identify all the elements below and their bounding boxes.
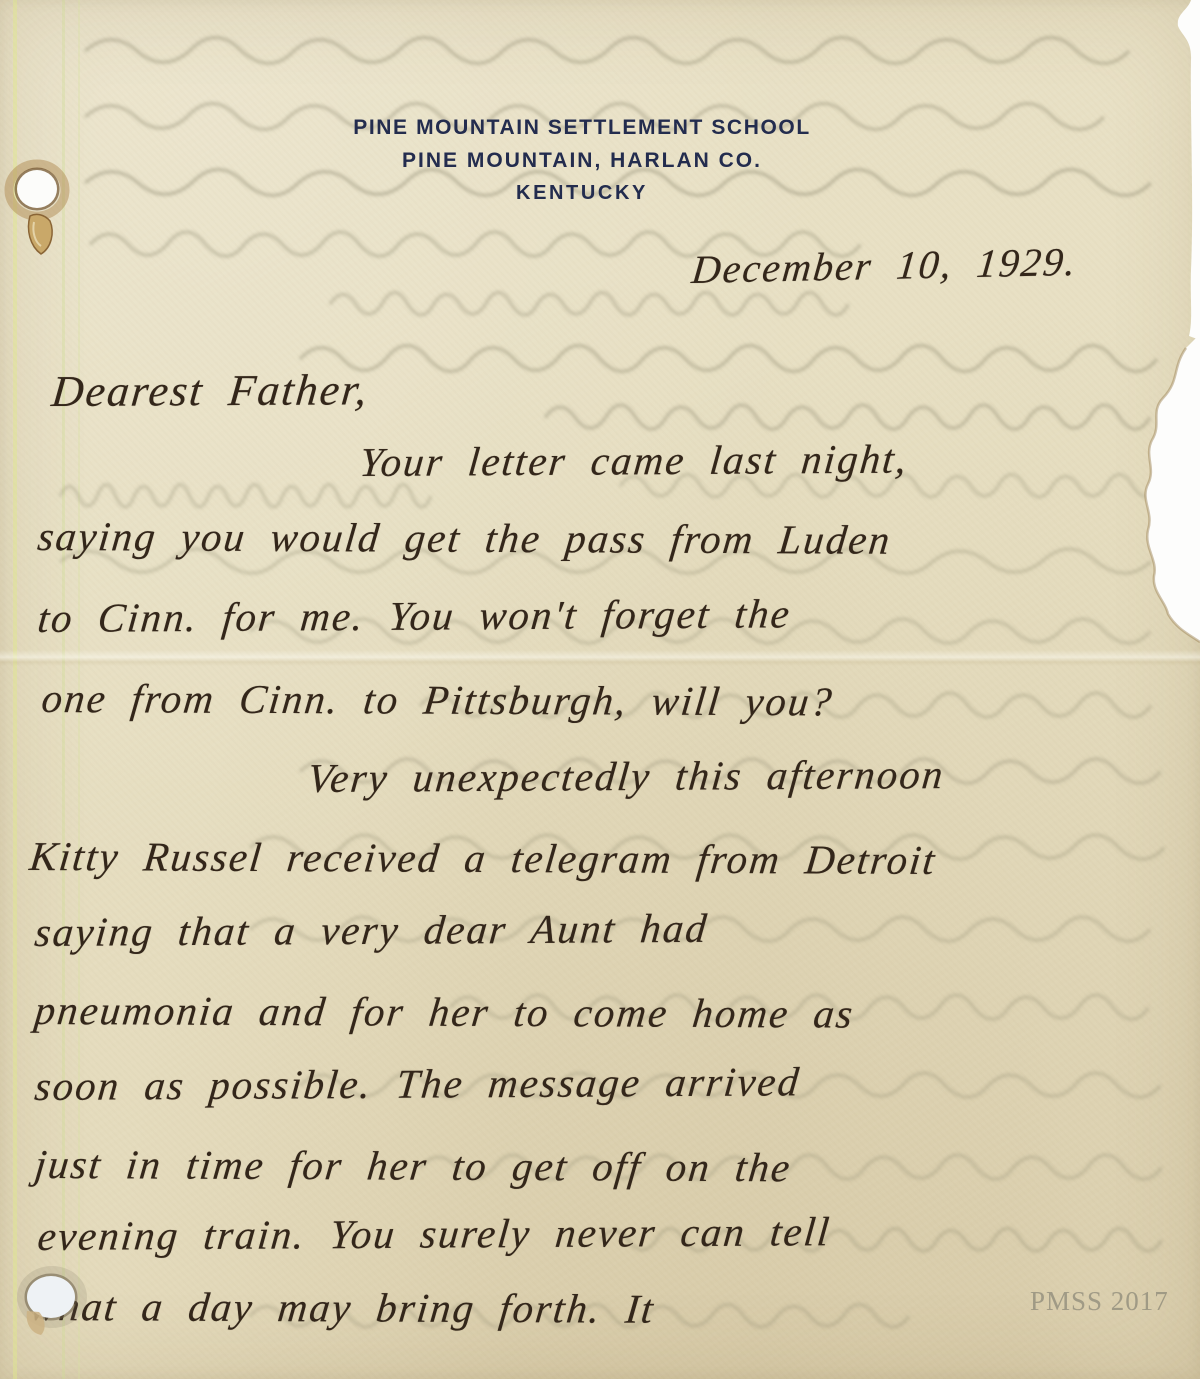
letter-line: saying you would get the pass from Luden [35, 512, 894, 564]
letter-line: one from Cinn. to Pittsburgh, will you? [39, 674, 835, 725]
letter-line: to Cinn. for me. You won't forget the [36, 589, 794, 642]
letterhead: PINE MOUNTAIN SETTLEMENT SCHOOL PINE MOU… [0, 116, 1164, 205]
letter-line: pneumonia and for her to come home as [32, 986, 856, 1038]
letter-line: Your letter came last night, [358, 435, 911, 486]
letterhead-state: KENTUCKY [0, 182, 1164, 205]
letter-line: Kitty Russel received a telegram from De… [27, 832, 939, 884]
letter-line: saying that a very dear Aunt had [33, 904, 711, 956]
letter-line: Very unexpectedly this afternoon [306, 750, 947, 802]
archive-watermark: PMSS 2017 [1030, 1286, 1169, 1317]
salutation: Dearest Father, [49, 364, 371, 417]
scanned-letter-page: PINE MOUNTAIN SETTLEMENT SCHOOL PINE MOU… [0, 0, 1200, 1379]
letterhead-location: PINE MOUNTAIN, HARLAN CO. [0, 149, 1164, 173]
letter-line: soon as possible. The message arrived [33, 1057, 803, 1110]
letter-line: what a day may bring forth. It [27, 1282, 657, 1333]
letter-line: just in time for her to get off on the [32, 1140, 794, 1191]
handwritten-date: December 10, 1929. [690, 238, 1080, 293]
letter-line: evening train. You surely never can tell [36, 1207, 834, 1260]
letterhead-school-name: PINE MOUNTAIN SETTLEMENT SCHOOL [0, 116, 1164, 140]
